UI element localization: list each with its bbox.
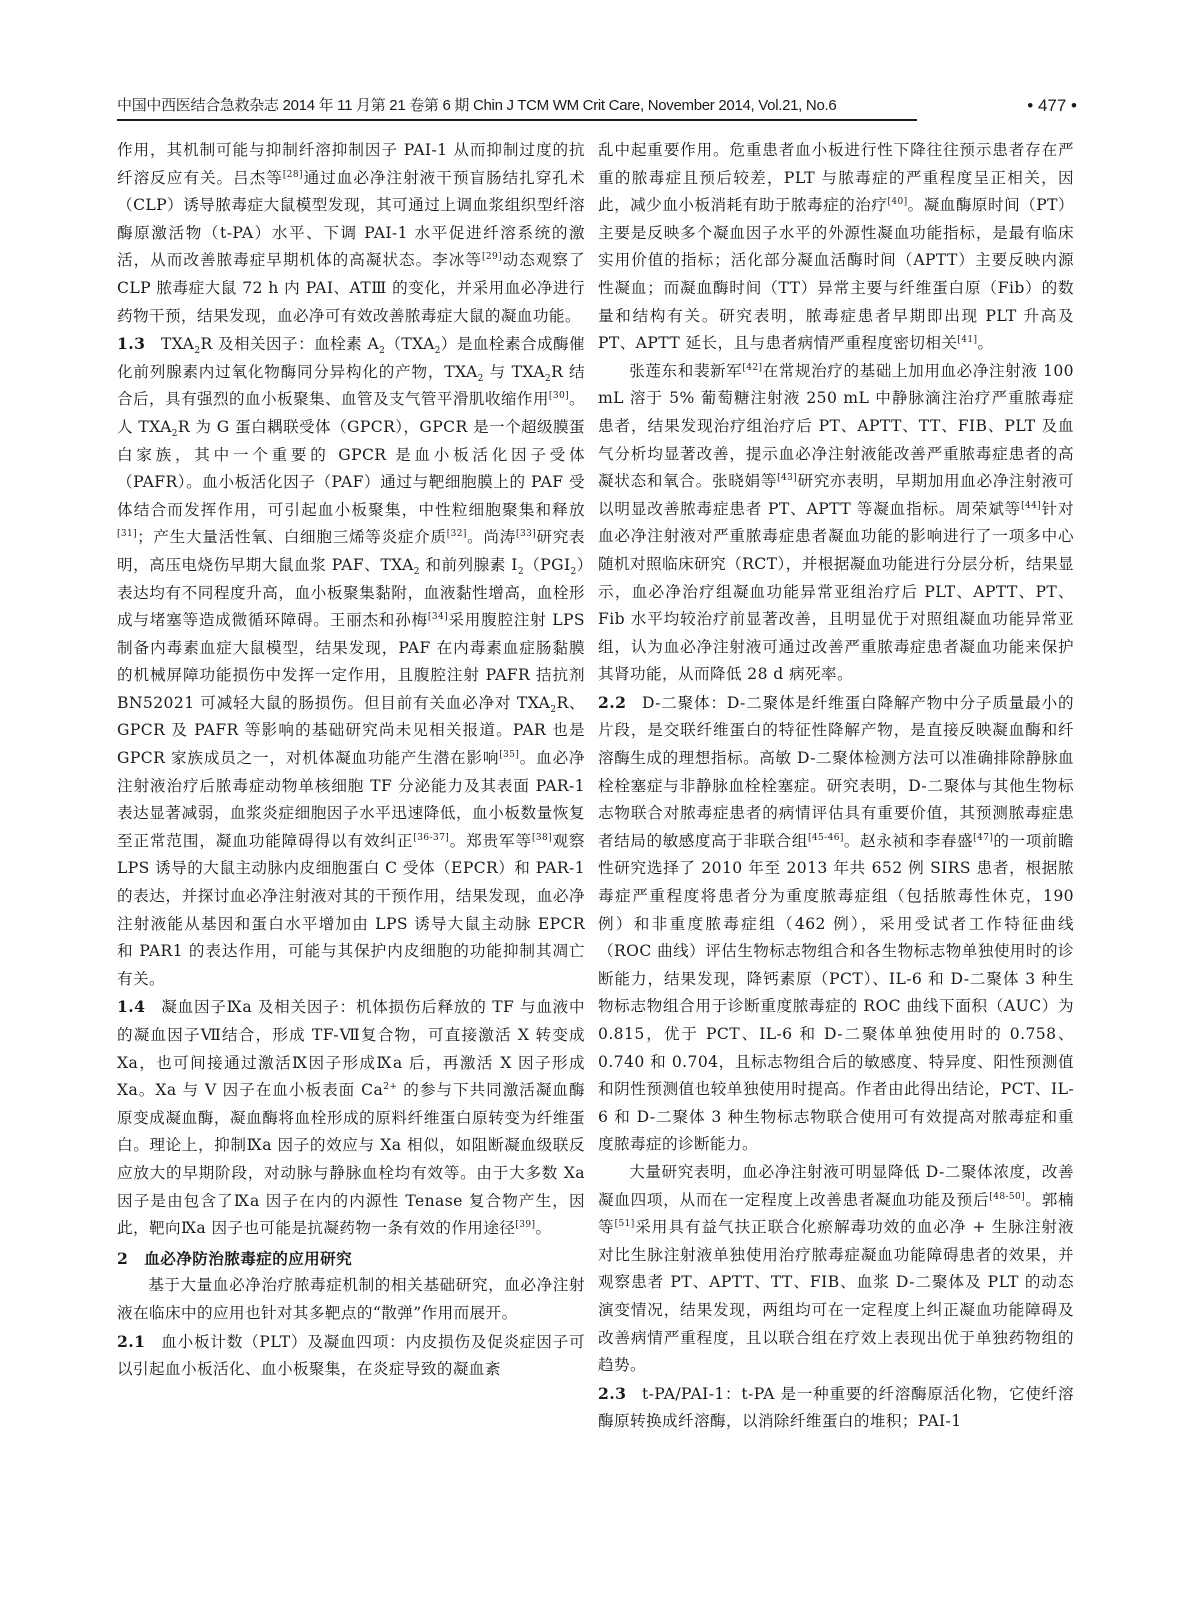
citation-ref: [31] <box>117 529 137 539</box>
text-run: R 及相关因子：血栓素 A <box>201 335 380 353</box>
citation-ref: [51] <box>615 1219 635 1229</box>
text-run: D-二聚体：D-二聚体是纤维蛋白降解产物中分子质量最小的片段，是交联纤维蛋白的特… <box>598 694 1074 850</box>
citation-ref: [36-37] <box>413 833 449 843</box>
journal-citation: 中国中西医结合急救杂志 2014 年 11 月第 21 卷第 6 期 Chin … <box>117 96 917 121</box>
text-run: ；产生大量活性氧、白细胞三烯等炎症介质 <box>137 528 447 546</box>
paragraph: 乱中起重要作用。危重患者血小板进行性下降往往预示患者存在严重的脓毒症且预后较差，… <box>598 137 1074 358</box>
citation-ref: [48-50] <box>989 1191 1025 1201</box>
citation-ref: [38] <box>532 833 552 843</box>
paragraph: 作用，其机制可能与抑制纤溶抑制因子 PAI-1 从而抑制过度的抗纤溶反应有关。吕… <box>117 137 585 330</box>
text-run: 观察 LPS 诱导的大鼠主动脉内皮细胞蛋白 C 受体（EPCR）和 PAR-1 … <box>117 832 585 988</box>
text-run: 。 <box>535 1219 551 1237</box>
section-number: 1.3 <box>117 334 145 353</box>
text-run: （PGI <box>524 556 571 574</box>
text-run: 张莲东和裴新军 <box>629 362 742 380</box>
citation-ref: [28] <box>283 169 303 179</box>
text-run: （TXA <box>385 335 434 353</box>
text-run: 。尚涛 <box>467 528 516 546</box>
paragraph: 大量研究表明，血必净注射液可明显降低 D-二聚体浓度，改善凝血四项，从而在一定程… <box>598 1159 1074 1380</box>
section-2-1: 2.1血小板计数（PLT）及凝血四项：内皮损伤及促炎症因子可以引起血小板活化、血… <box>117 1328 585 1384</box>
text-run: TXA <box>161 335 194 353</box>
paragraph: 张莲东和裴新军[42]在常规治疗的基础上加用血必净注射液 100 mL 溶于 5… <box>598 358 1074 689</box>
text-run: 与 TXA <box>484 363 545 381</box>
citation-ref: [33] <box>516 529 536 539</box>
page-number: • 477 • <box>1027 96 1077 116</box>
text-run: 。郑贵军等 <box>449 832 532 850</box>
paragraph: 基于大量血必净治疗脓毒症机制的相关基础研究，血必净注射液在临床中的应用也针对其多… <box>117 1272 585 1327</box>
text-run: 。 <box>977 334 993 352</box>
section-2-heading: 2 血必净防治脓毒症的应用研究 <box>117 1245 585 1273</box>
running-header: 中国中西医结合急救杂志 2014 年 11 月第 21 卷第 6 期 Chin … <box>117 96 1077 126</box>
right-column: 乱中起重要作用。危重患者血小板进行性下降往往预示患者存在严重的脓毒症且预后较差，… <box>598 137 1074 1436</box>
section-number: 2.2 <box>598 693 626 712</box>
citation-ref: [45-46] <box>808 833 844 843</box>
section-1-3: 1.3TXA2R 及相关因子：血栓素 A2（TXA2）是血栓素合成酶催化前列腺素… <box>117 330 585 993</box>
citation-ref: [42] <box>742 363 762 373</box>
section-1-4: 1.4凝血因子Ⅸa 及相关因子：机体损伤后释放的 TF 与血液中的凝血因子Ⅶ结合… <box>117 993 585 1242</box>
citation-ref: [39] <box>515 1220 535 1230</box>
section-number: 2.3 <box>598 1384 626 1403</box>
citation-ref: [35] <box>499 750 519 760</box>
citation-ref: [43] <box>777 473 797 483</box>
left-column: 作用，其机制可能与抑制纤溶抑制因子 PAI-1 从而抑制过度的抗纤溶反应有关。吕… <box>117 137 585 1384</box>
section-2-3: 2.3t-PA/PAI-1：t-PA 是一种重要的纤溶酶原活化物，它使纤溶酶原转… <box>598 1380 1074 1436</box>
text-run: 大量研究表明，血必净注射液可明显降低 D-二聚体浓度，改善凝血四项，从而在一定程… <box>598 1163 1074 1209</box>
text-run: 和前列腺素 I <box>420 556 518 574</box>
text-run: 针对血必净注射液对严重脓毒症患者凝血功能的影响进行了一项多中心随机对照临床研究（… <box>598 500 1074 684</box>
text-run: t-PA/PAI-1：t-PA 是一种重要的纤溶酶原活化物，它使纤溶酶原转换成纤… <box>598 1385 1074 1431</box>
text-run: 的参与下共同激活凝血酶原变成凝血酶，凝血酶将血栓形成的原料纤维蛋白原转变为纤维蛋… <box>117 1081 585 1237</box>
text-run: 。赵永祯和李春盛 <box>844 832 973 850</box>
citation-ref: [41] <box>957 335 977 345</box>
citation-ref: [34] <box>428 612 448 622</box>
section-number: 1.4 <box>117 997 145 1016</box>
text-run: 血小板计数（PLT）及凝血四项：内皮损伤及促炎症因子可以引起血小板活化、血小板聚… <box>117 1333 585 1379</box>
citation-ref: [40] <box>887 197 907 207</box>
citation-ref: [29] <box>482 252 502 262</box>
text-run: R 为 G 蛋白耦联受体（GPCR），GPCR 是一个超级膜蛋白家族，其中一个重… <box>117 418 585 519</box>
text-run: 采用具有益气扶正联合化瘀解毒功效的血必净 + 生脉注射液对比生脉注射液单独使用治… <box>598 1218 1074 1374</box>
citation-ref: [44] <box>1021 501 1041 511</box>
citation-ref: [32] <box>447 529 467 539</box>
section-number: 2.1 <box>117 1332 145 1351</box>
citation-ref: [30] <box>549 391 569 401</box>
superscript: 2+ <box>383 1082 397 1092</box>
text-run: 在常规治疗的基础上加用血必净注射液 100 mL 溶于 5% 葡萄糖注射液 25… <box>598 362 1074 490</box>
text-run: 的一项前瞻性研究选择了 2010 年至 2013 年共 652 例 SIRS 患… <box>598 832 1074 1154</box>
text-run: 。凝血酶原时间（PT）主要是反映多个凝血因子水平的外源性凝血功能指标，是最有临床… <box>598 196 1074 352</box>
section-2-2: 2.2D-二聚体：D-二聚体是纤维蛋白降解产物中分子质量最小的片段，是交联纤维蛋… <box>598 689 1074 1159</box>
citation-ref: [47] <box>973 833 993 843</box>
